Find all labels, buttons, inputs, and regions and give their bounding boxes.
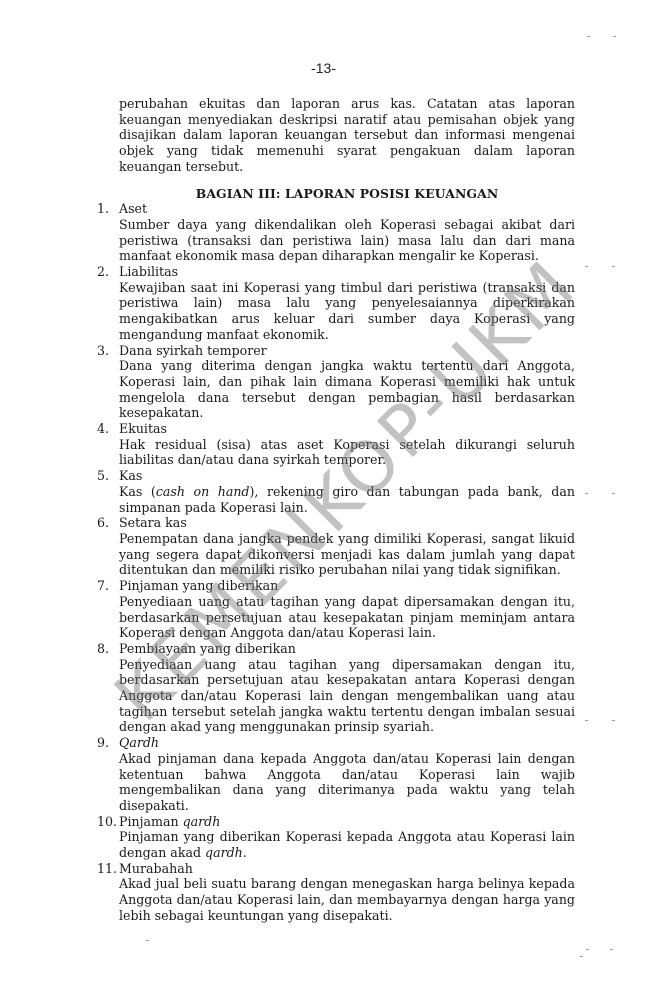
- item-number: 8.: [97, 641, 109, 657]
- scan-artifact: [585, 720, 588, 721]
- item-definition: Penyediaan uang atau tagihan yang dapat …: [119, 594, 575, 641]
- definition-item-setara-kas: 6. Setara kas Penempatan dana jangka pen…: [119, 515, 575, 578]
- definition-text: .: [243, 845, 247, 860]
- item-number: 4.: [97, 421, 109, 437]
- item-number: 6.: [97, 515, 109, 531]
- section-heading: BAGIAN III: LAPORAN POSISI KEUANGAN: [119, 186, 575, 202]
- document-page: -13- perubahan ekuitas dan laporan arus …: [0, 0, 647, 1000]
- item-definition: Penempatan dana jangka pendek yang dimil…: [119, 531, 575, 578]
- scan-artifact: [612, 720, 615, 721]
- page-content: perubahan ekuitas dan laporan arus kas. …: [119, 96, 575, 924]
- item-term: Liabilitas: [119, 264, 575, 280]
- item-term: Qardh: [119, 735, 575, 751]
- item-number: 7.: [97, 578, 109, 594]
- scan-artifact: [146, 940, 149, 941]
- italic-term: qardh: [183, 814, 221, 829]
- item-definition: Sumber daya yang dikendalikan oleh Koper…: [119, 217, 575, 264]
- item-number: 9.: [97, 735, 109, 751]
- scan-artifact: [585, 266, 588, 267]
- item-term: Pinjaman qardh: [119, 814, 575, 830]
- item-definition: Kas (cash on hand), rekening giro dan ta…: [119, 484, 575, 515]
- item-definition: Hak residual (sisa) atas aset Koperasi s…: [119, 437, 575, 468]
- scan-artifact: [612, 266, 615, 267]
- page-number: -13-: [0, 60, 647, 76]
- item-definition: Penyediaan uang atau tagihan yang dipers…: [119, 657, 575, 736]
- scan-artifact: [580, 956, 583, 957]
- definition-item-ekuitas: 4. Ekuitas Hak residual (sisa) atas aset…: [119, 421, 575, 468]
- definition-item-pinjaman-qardh: 10. Pinjaman qardh Pinjaman yang diberik…: [119, 814, 575, 861]
- item-term: Pembiayaan yang diberikan: [119, 641, 575, 657]
- item-number: 2.: [97, 264, 109, 280]
- item-definition: Akad jual beli suatu barang dengan meneg…: [119, 876, 575, 923]
- definition-item-aset: 1. Aset Sumber daya yang dikendalikan ol…: [119, 201, 575, 264]
- italic-term: qardh: [205, 845, 243, 860]
- item-number: 3.: [97, 343, 109, 359]
- definition-list: 1. Aset Sumber daya yang dikendalikan ol…: [119, 201, 575, 923]
- item-number: 1.: [97, 201, 109, 217]
- definition-item-kas: 5. Kas Kas (cash on hand), rekening giro…: [119, 468, 575, 515]
- scan-artifact: [587, 36, 590, 37]
- item-number: 5.: [97, 468, 109, 484]
- scan-artifact: [612, 493, 615, 494]
- definition-text: Kas (: [119, 484, 156, 499]
- item-definition: Pinjaman yang diberikan Koperasi kepada …: [119, 829, 575, 860]
- item-term: Setara kas: [119, 515, 575, 531]
- item-term: Kas: [119, 468, 575, 484]
- definition-item-murabahah: 11. Murabahah Akad jual beli suatu baran…: [119, 861, 575, 924]
- item-definition: Akad pinjaman dana kepada Anggota dan/at…: [119, 751, 575, 814]
- scan-artifact: [610, 949, 613, 950]
- item-number: 10.: [97, 814, 117, 830]
- item-term: Aset: [119, 201, 575, 217]
- item-definition: Kewajiban saat ini Koperasi yang timbul …: [119, 280, 575, 343]
- definition-item-qardh: 9. Qardh Akad pinjaman dana kepada Anggo…: [119, 735, 575, 814]
- definition-text: Pinjaman yang diberikan Koperasi kepada …: [119, 829, 575, 860]
- item-term: Dana syirkah temporer: [119, 343, 575, 359]
- item-term: Pinjaman yang diberikan: [119, 578, 575, 594]
- scan-artifact: [613, 36, 616, 37]
- scan-artifact: [586, 949, 589, 950]
- definition-item-dana-syirkah-temporer: 3. Dana syirkah temporer Dana yang diter…: [119, 343, 575, 422]
- scan-artifact: [585, 493, 588, 494]
- term-text: Pinjaman: [119, 814, 183, 829]
- definition-item-pembiayaan-yang-diberikan: 8. Pembiayaan yang diberikan Penyediaan …: [119, 641, 575, 735]
- definition-item-liabilitas: 2. Liabilitas Kewajiban saat ini Koperas…: [119, 264, 575, 343]
- italic-term: cash on hand: [156, 484, 250, 499]
- definition-item-pinjaman-yang-diberikan: 7. Pinjaman yang diberikan Penyediaan ua…: [119, 578, 575, 641]
- item-number: 11.: [97, 861, 117, 877]
- intro-paragraph: perubahan ekuitas dan laporan arus kas. …: [119, 96, 575, 175]
- item-definition: Dana yang diterima dengan jangka waktu t…: [119, 358, 575, 421]
- item-term: Ekuitas: [119, 421, 575, 437]
- item-term: Murabahah: [119, 861, 575, 877]
